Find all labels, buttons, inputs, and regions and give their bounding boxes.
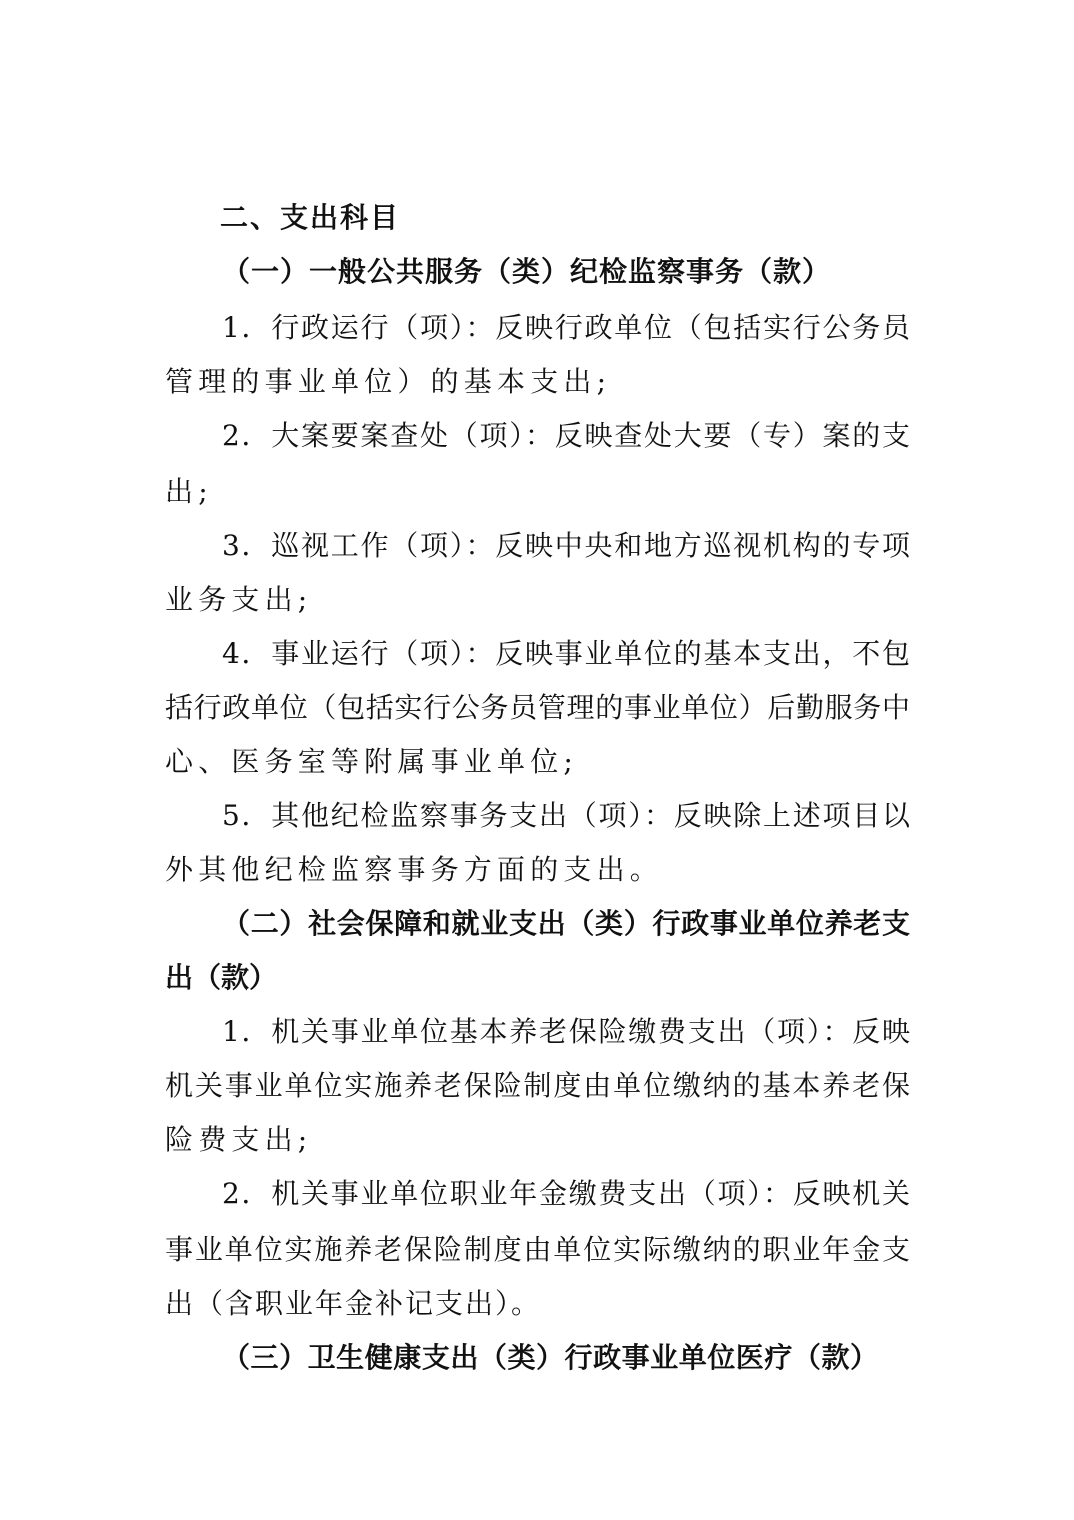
paragraph-line: 险费支出; (165, 1122, 910, 1158)
subsection-heading-2: （二）社会保障和就业支出（类）行政事业单位养老支 (222, 906, 910, 942)
paragraph-line: 管理的事业单位）的基本支出; (165, 364, 910, 400)
paragraph-line: 心、医务室等附属事业单位; (165, 744, 910, 780)
paragraph-line: 5．其他纪检监察事务支出（项）：反映除上述项目以 (222, 798, 910, 834)
document-page: 二、支出科目 （一）一般公共服务（类）纪检监察事务（款） 1．行政运行（项）：反… (0, 0, 1074, 1520)
paragraph-line: 出; (165, 474, 910, 510)
paragraph-line: 1．机关事业单位基本养老保险缴费支出（项）：反映 (222, 1014, 910, 1050)
paragraph-line: 事业单位实施养老保险制度由单位实际缴纳的职业年金支 (165, 1232, 910, 1268)
paragraph-line: 1．行政运行（项）：反映行政单位（包括实行公务员 (222, 310, 910, 346)
paragraph-line: 业务支出; (165, 582, 910, 618)
paragraph-line: 括行政单位（包括实行公务员管理的事业单位）后勤服务中 (165, 690, 910, 726)
paragraph-line: 3．巡视工作（项）：反映中央和地方巡视机构的专项 (222, 528, 910, 564)
paragraph-line: 机关事业单位实施养老保险制度由单位缴纳的基本养老保 (165, 1068, 910, 1104)
subsection-heading-2-cont: 出（款） (165, 960, 910, 996)
paragraph-line: 外其他纪检监察事务方面的支出。 (165, 852, 910, 888)
paragraph-line: 2．机关事业单位职业年金缴费支出（项）：反映机关 (222, 1176, 910, 1212)
paragraph-line: 出（含职业年金补记支出）。 (165, 1286, 910, 1322)
subsection-heading-1: （一）一般公共服务（类）纪检监察事务（款） (222, 254, 830, 290)
subsection-heading-3: （三）卫生健康支出（类）行政事业单位医疗（款） (222, 1340, 878, 1376)
paragraph-line: 2．大案要案查处（项）：反映查处大要（专）案的支 (222, 418, 910, 454)
section-title: 二、支出科目 (220, 200, 965, 236)
paragraph-line: 4．事业运行（项）：反映事业单位的基本支出，不包 (222, 636, 910, 672)
